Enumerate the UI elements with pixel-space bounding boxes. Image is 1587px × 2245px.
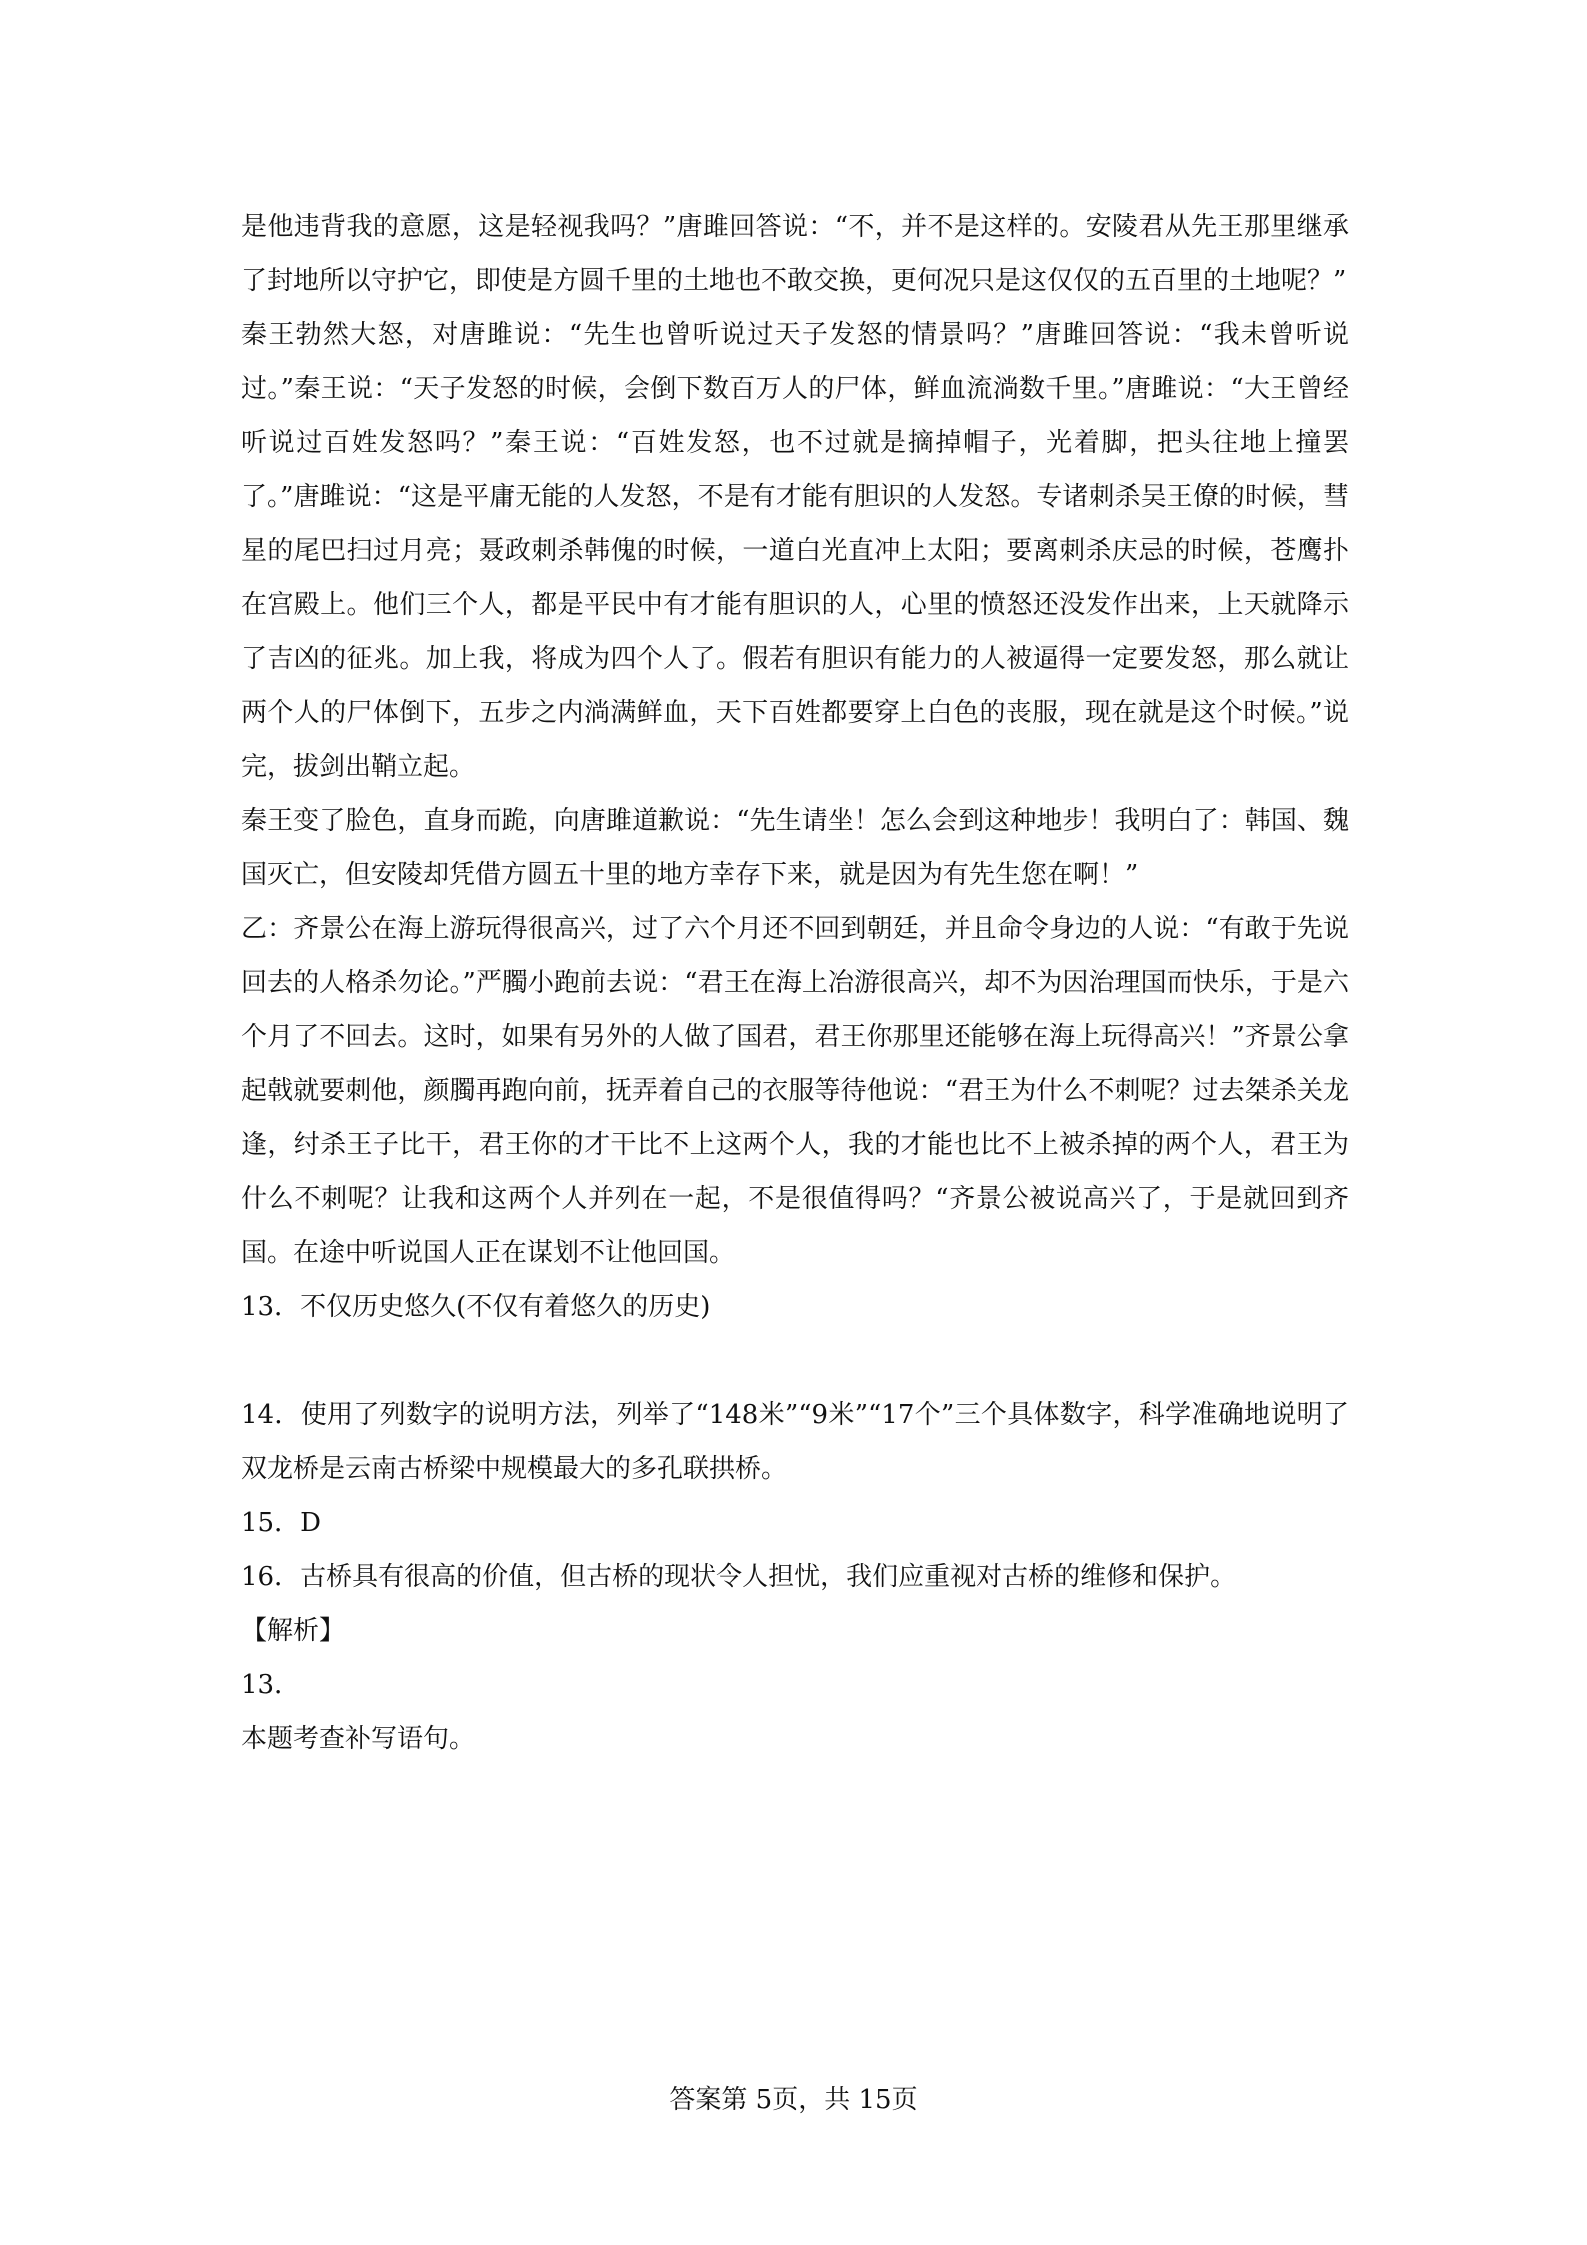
answer-14: 14．使用了列数字的说明方法，列举了“148米”“9米”“17个”三个具体数字，… — [241, 1388, 1349, 1496]
document-body: 是他违背我的意愿，这是轻视我吗？”唐雎回答说：“不，并不是这样的。安陵君从先王那… — [241, 200, 1349, 1766]
answer-15: 15．D — [241, 1496, 1349, 1550]
answer-16: 16．古桥具有很高的价值，但古桥的现状令人担忧，我们应重视对古桥的维修和保护。 — [241, 1550, 1349, 1604]
translation-paragraph-2: 秦王勃然大怒，对唐雎说：“先生也曾听说过天子发怒的情景吗？”唐雎回答说：“我未曾… — [241, 308, 1349, 794]
translation-paragraph-1: 是他违背我的意愿，这是轻视我吗？”唐雎回答说：“不，并不是这样的。安陵君从先王那… — [241, 200, 1349, 308]
analysis-text: 本题考查补写语句。 — [241, 1712, 1349, 1766]
translation-paragraph-4: 乙：齐景公在海上游玩得很高兴，过了六个月还不回到朝廷，并且命令身边的人说：“有敢… — [241, 902, 1349, 1280]
spacer — [241, 1334, 1349, 1388]
analysis-heading: 【解析】 — [241, 1604, 1349, 1658]
document-page: 是他违背我的意愿，这是轻视我吗？”唐雎回答说：“不，并不是这样的。安陵君从先王那… — [0, 0, 1587, 2245]
page-footer: 答案第 5页，共 15页 — [0, 2080, 1587, 2120]
answer-13: 13．不仅历史悠久(不仅有着悠久的历史) — [241, 1280, 1349, 1334]
analysis-item-number: 13． — [241, 1658, 1349, 1712]
translation-paragraph-3: 秦王变了脸色，直身而跪，向唐雎道歉说：“先生请坐！怎么会到这种地步！我明白了：韩… — [241, 794, 1349, 902]
